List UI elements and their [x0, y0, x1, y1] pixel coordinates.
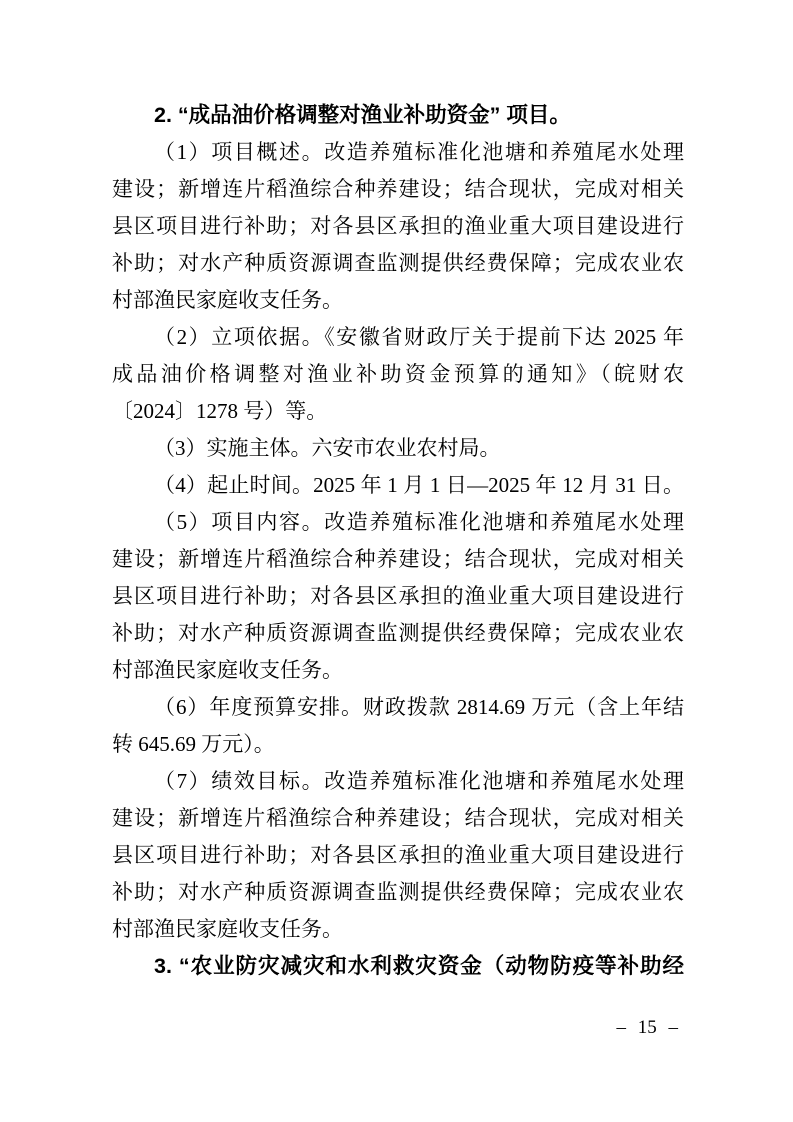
text-line: 村部渔民家庭收支任务。 — [112, 652, 684, 689]
text-line: 村部渔民家庭收支任务。 — [112, 282, 684, 319]
text-line: 县区项目进行补助；对各县区承担的渔业重大项目建设进行 — [112, 578, 684, 615]
page-number: – 15 – — [112, 1016, 678, 1040]
text-line: （7）绩效目标。改造养殖标准化池塘和养殖尾水处理 — [112, 763, 684, 800]
text-line: 补助；对水产种质资源调查监测提供经费保障；完成农业农 — [112, 615, 684, 652]
document-page: 2. “成品油价格调整对渔业补助资金” 项目。（1）项目概述。改造养殖标准化池塘… — [0, 0, 793, 1122]
section-heading-3: 3. “农业防灾减灾和水利救灾资金（动物防疫等补助经 — [112, 948, 684, 985]
item-4-time-period: （4）起止时间。2025 年 1 月 1 日—2025 年 12 月 31 日。 — [112, 467, 684, 504]
text-line: （3）实施主体。六安市农业农村局。 — [112, 430, 684, 467]
heading-line: 3. “农业防灾减灾和水利救灾资金（动物防疫等补助经 — [112, 948, 684, 985]
text-line: （6）年度预算安排。财政拨款 2814.69 万元（含上年结 — [112, 689, 684, 726]
heading-line: 2. “成品油价格调整对渔业补助资金” 项目。 — [112, 97, 684, 134]
text-line: 建设；新增连片稻渔综合种养建设；结合现状，完成对相关 — [112, 541, 684, 578]
item-6-annual-budget: （6）年度预算安排。财政拨款 2814.69 万元（含上年结转 645.69 万… — [112, 689, 684, 763]
text-line: 县区项目进行补助；对各县区承担的渔业重大项目建设进行 — [112, 837, 684, 874]
item-7-performance-goals: （7）绩效目标。改造养殖标准化池塘和养殖尾水处理建设；新增连片稻渔综合种养建设；… — [112, 763, 684, 948]
text-line: （1）项目概述。改造养殖标准化池塘和养殖尾水处理 — [112, 134, 684, 171]
item-5-project-content: （5）项目内容。改造养殖标准化池塘和养殖尾水处理建设；新增连片稻渔综合种养建设；… — [112, 504, 684, 689]
text-line: 〔2024〕1278 号）等。 — [112, 393, 684, 430]
text-line: （4）起止时间。2025 年 1 月 1 日—2025 年 12 月 31 日。 — [112, 467, 684, 504]
text-line: （2）立项依据。《安徽省财政厅关于提前下达 2025 年 — [112, 319, 684, 356]
item-2-legal-basis: （2）立项依据。《安徽省财政厅关于提前下达 2025 年成品油价格调整对渔业补助… — [112, 319, 684, 430]
text-line: 县区项目进行补助；对各县区承担的渔业重大项目建设进行 — [112, 208, 684, 245]
text-line: 补助；对水产种质资源调查监测提供经费保障；完成农业农 — [112, 874, 684, 911]
text-line: 转 645.69 万元）。 — [112, 726, 684, 763]
item-3-implementing-body: （3）实施主体。六安市农业农村局。 — [112, 430, 684, 467]
text-line: 成品油价格调整对渔业补助资金预算的通知》（皖财农 — [112, 356, 684, 393]
text-line: 建设；新增连片稻渔综合种养建设；结合现状，完成对相关 — [112, 171, 684, 208]
text-line: 村部渔民家庭收支任务。 — [112, 911, 684, 948]
section-heading-2: 2. “成品油价格调整对渔业补助资金” 项目。 — [112, 97, 684, 134]
item-1-project-overview: （1）项目概述。改造养殖标准化池塘和养殖尾水处理建设；新增连片稻渔综合种养建设；… — [112, 134, 684, 319]
text-line: 建设；新增连片稻渔综合种养建设；结合现状，完成对相关 — [112, 800, 684, 837]
text-line: 补助；对水产种质资源调查监测提供经费保障；完成农业农 — [112, 245, 684, 282]
text-line: （5）项目内容。改造养殖标准化池塘和养殖尾水处理 — [112, 504, 684, 541]
document-body: 2. “成品油价格调整对渔业补助资金” 项目。（1）项目概述。改造养殖标准化池塘… — [112, 97, 684, 985]
